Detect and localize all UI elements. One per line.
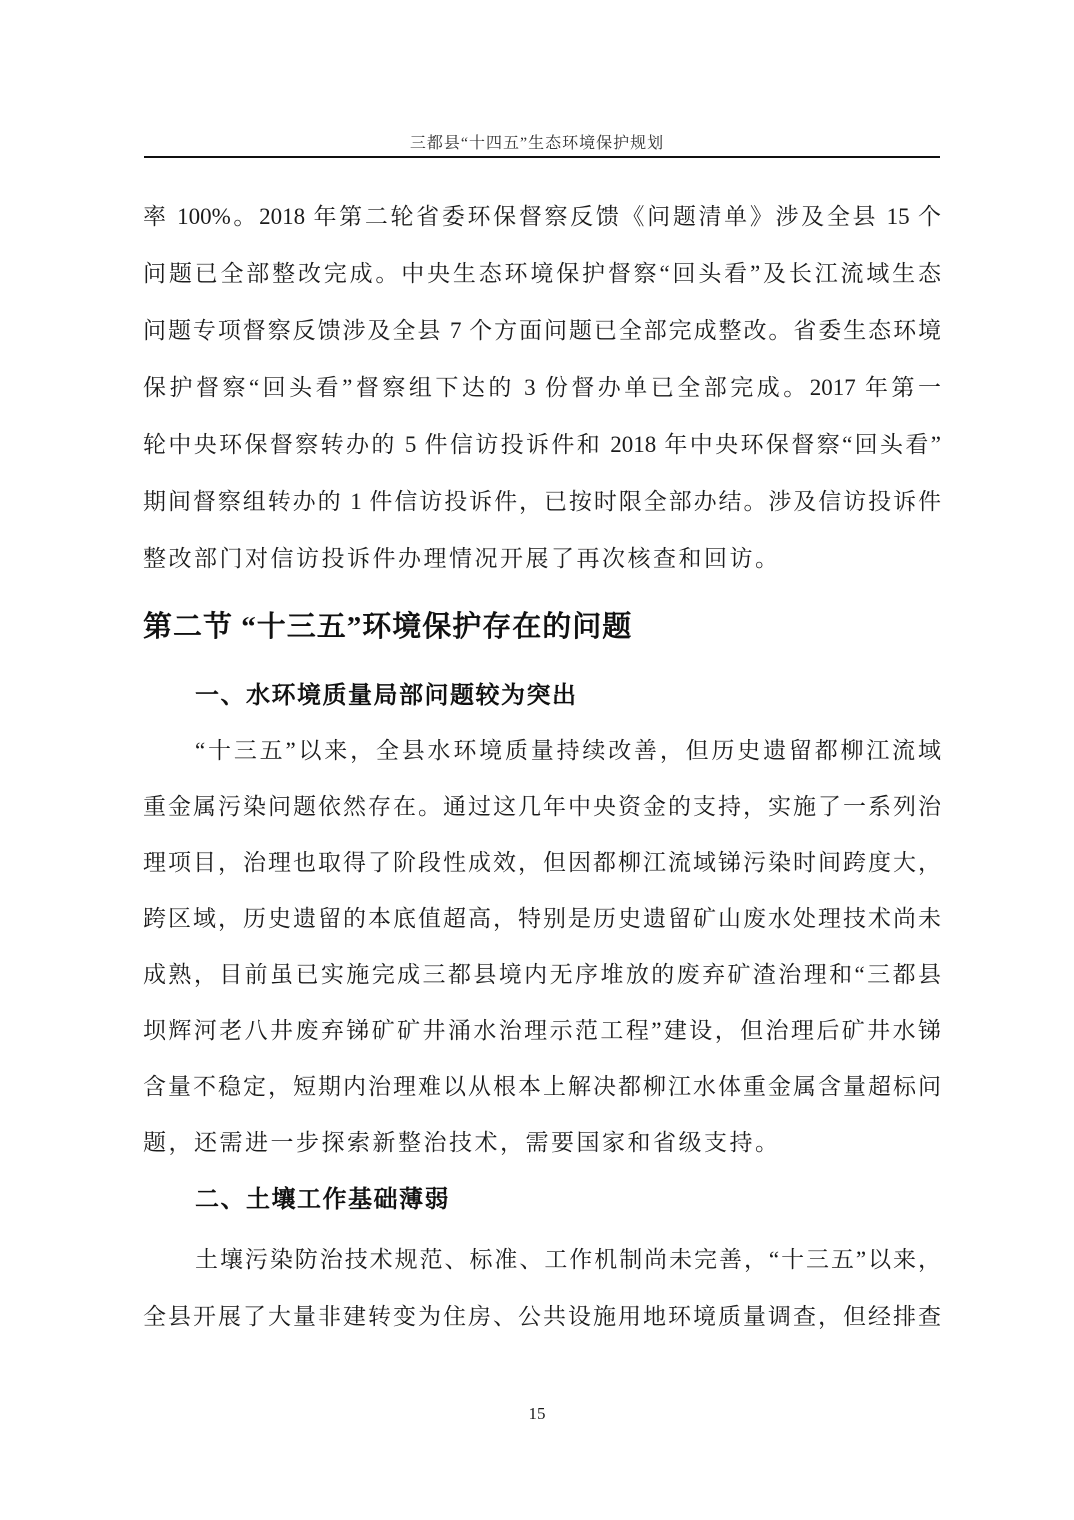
- text-line: 问题专项督察反馈涉及全县 7 个方面问题已全部完成整改。省委生态环境: [143, 302, 941, 359]
- text-line: 土壤污染防治技术规范、标准、工作机制尚未完善，“十三五”以来，: [143, 1231, 941, 1288]
- text-line: 轮中央环保督察转办的 5 件信访投诉件和 2018 年中央环保督察“回头看”: [143, 416, 941, 473]
- paragraph-water-quality: “十三五”以来，全县水环境质量持续改善，但历史遗留都柳江流域 重金属污染问题依然…: [143, 723, 941, 1171]
- text-line: 题，还需进一步探索新整治技术，需要国家和省级支持。: [143, 1115, 941, 1171]
- text-line: 整改部门对信访投诉件办理情况开展了再次核查和回访。: [143, 530, 941, 587]
- text-line: 理项目，治理也取得了阶段性成效，但因都柳江流域锑污染时间跨度大，: [143, 835, 941, 891]
- text-line: 保护督察“回头看”督察组下达的 3 份督办单已全部完成。2017 年第一: [143, 359, 941, 416]
- paragraph-soil-work: 土壤污染防治技术规范、标准、工作机制尚未完善，“十三五”以来， 全县开展了大量非…: [143, 1231, 941, 1345]
- text-line: 期间督察组转办的 1 件信访投诉件，已按时限全部办结。涉及信访投诉件: [143, 473, 941, 530]
- subsection-heading-2: 二、土壤工作基础薄弱: [143, 1173, 993, 1227]
- document-body: 率 100%。2018 年第二轮省委环保督察反馈《问题清单》涉及全县 15 个 …: [143, 188, 941, 1358]
- subsection-heading-1: 一、水环境质量局部问题较为突出: [143, 669, 993, 723]
- text-line: “十三五”以来，全县水环境质量持续改善，但历史遗留都柳江流域: [143, 723, 941, 779]
- running-header-title: 三都县“十四五”生态环境保护规划: [0, 130, 1074, 153]
- text-line: 重金属污染问题依然存在。通过这几年中央资金的支持，实施了一系列治: [143, 779, 941, 835]
- paragraph-continuation: 率 100%。2018 年第二轮省委环保督察反馈《问题清单》涉及全县 15 个 …: [143, 188, 941, 587]
- header-rule: [144, 156, 940, 158]
- text-line: 跨区域，历史遗留的本底值超高，特别是历史遗留矿山废水处理技术尚未: [143, 891, 941, 947]
- text-line: 成熟，目前虽已实施完成三都县境内无序堆放的废弃矿渣治理和“三都县: [143, 947, 941, 1003]
- text-line: 率 100%。2018 年第二轮省委环保督察反馈《问题清单》涉及全县 15 个: [143, 188, 941, 245]
- section-heading: 第二节 “十三五”环境保护存在的问题: [143, 599, 941, 656]
- document-page: { "header": { "title": "三都县“十四五”生态环境保护规划…: [0, 0, 1074, 1520]
- text-line: 问题已全部整改完成。中央生态环境保护督察“回头看”及长江流域生态: [143, 245, 941, 302]
- text-line: 全县开展了大量非建转变为住房、公共设施用地环境质量调查，但经排查: [143, 1288, 941, 1345]
- text-line: 坝辉河老八井废弃锑矿矿井涌水治理示范工程”建设，但治理后矿井水锑: [143, 1003, 941, 1059]
- page-number: 15: [0, 1404, 1074, 1424]
- text-line: 含量不稳定，短期内治理难以从根本上解决都柳江水体重金属含量超标问: [143, 1059, 941, 1115]
